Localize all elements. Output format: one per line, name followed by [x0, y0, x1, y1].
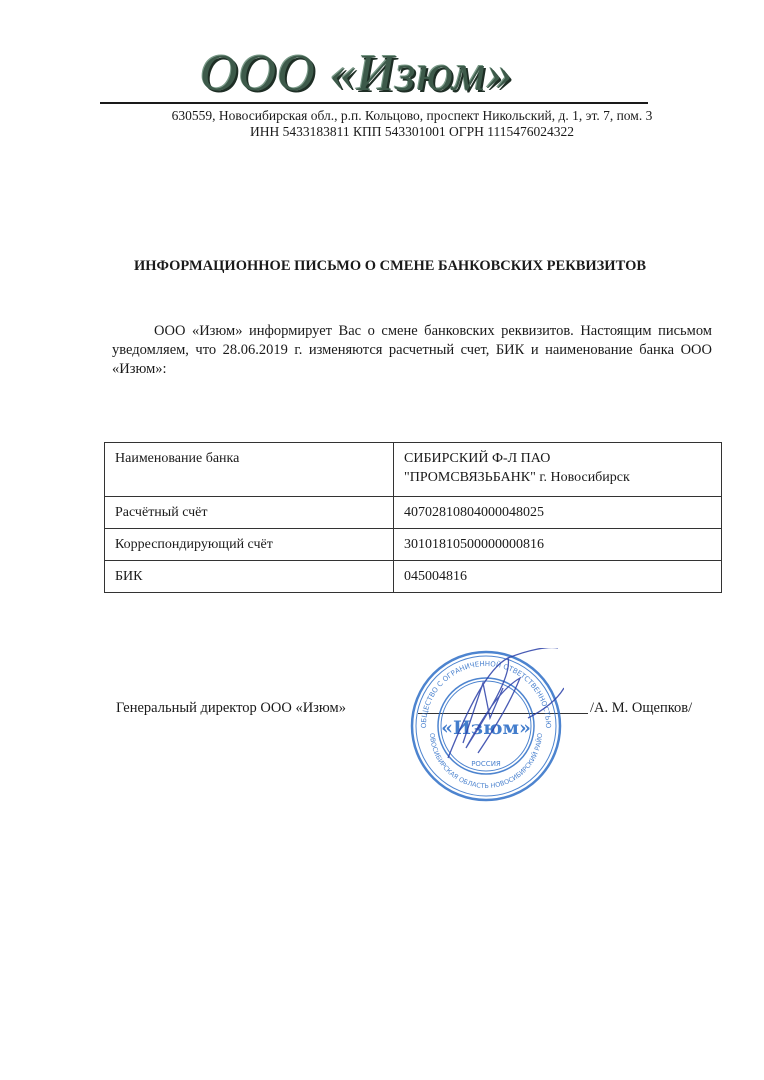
- bank-details-table: Наименование банка СИБИРСКИЙ Ф-Л ПАО "ПР…: [104, 442, 722, 593]
- company-logo: ООО «Изюм»: [200, 44, 640, 104]
- row-value: 045004816: [394, 561, 722, 593]
- letter-paragraph: ООО «Изюм» информирует Вас о смене банко…: [112, 323, 712, 377]
- company-address: 630559, Новосибирская обл., р.п. Кольцов…: [112, 107, 712, 124]
- table-row: БИК 045004816: [105, 561, 722, 593]
- signatory-name: /А. М. Ощепков/: [590, 700, 692, 717]
- table-row: Наименование банка СИБИРСКИЙ Ф-Л ПАО "ПР…: [105, 443, 722, 497]
- row-label: Корреспондирующий счёт: [105, 529, 394, 561]
- row-label: Наименование банка: [105, 443, 394, 497]
- row-value: 40702810804000048025: [394, 497, 722, 529]
- header-divider: [100, 102, 648, 104]
- bank-name-line1: СИБИРСКИЙ Ф-Л ПАО: [404, 449, 711, 468]
- svg-text:РОССИЯ: РОССИЯ: [471, 760, 501, 768]
- signatory-position: Генеральный директор ООО «Изюм»: [116, 700, 346, 717]
- row-label: БИК: [105, 561, 394, 593]
- svg-text:«Изюм»: «Изюм»: [441, 717, 531, 739]
- row-label: Расчётный счёт: [105, 497, 394, 529]
- company-stamp-icon: ОБЩЕСТВО С ОГРАНИЧЕННОЙ ОТВЕТСТВЕННОСТЬЮ…: [408, 648, 564, 804]
- letter-title: ИНФОРМАЦИОННОЕ ПИСЬМО О СМЕНЕ БАНКОВСКИХ…: [110, 258, 670, 275]
- company-registration: ИНН 5433183811 КПП 543301001 ОГРН 111547…: [112, 123, 712, 140]
- row-value: 30101810500000000816: [394, 529, 722, 561]
- table-row: Расчётный счёт 40702810804000048025: [105, 497, 722, 529]
- row-value: СИБИРСКИЙ Ф-Л ПАО "ПРОМСВЯЗЬБАНК" г. Нов…: [394, 443, 722, 497]
- table-row: Корреспондирующий счёт 30101810500000000…: [105, 529, 722, 561]
- letter-body: ООО «Изюм» информирует Вас о смене банко…: [112, 322, 712, 379]
- bank-name-line2: "ПРОМСВЯЗЬБАНК" г. Новосибирск: [404, 468, 711, 487]
